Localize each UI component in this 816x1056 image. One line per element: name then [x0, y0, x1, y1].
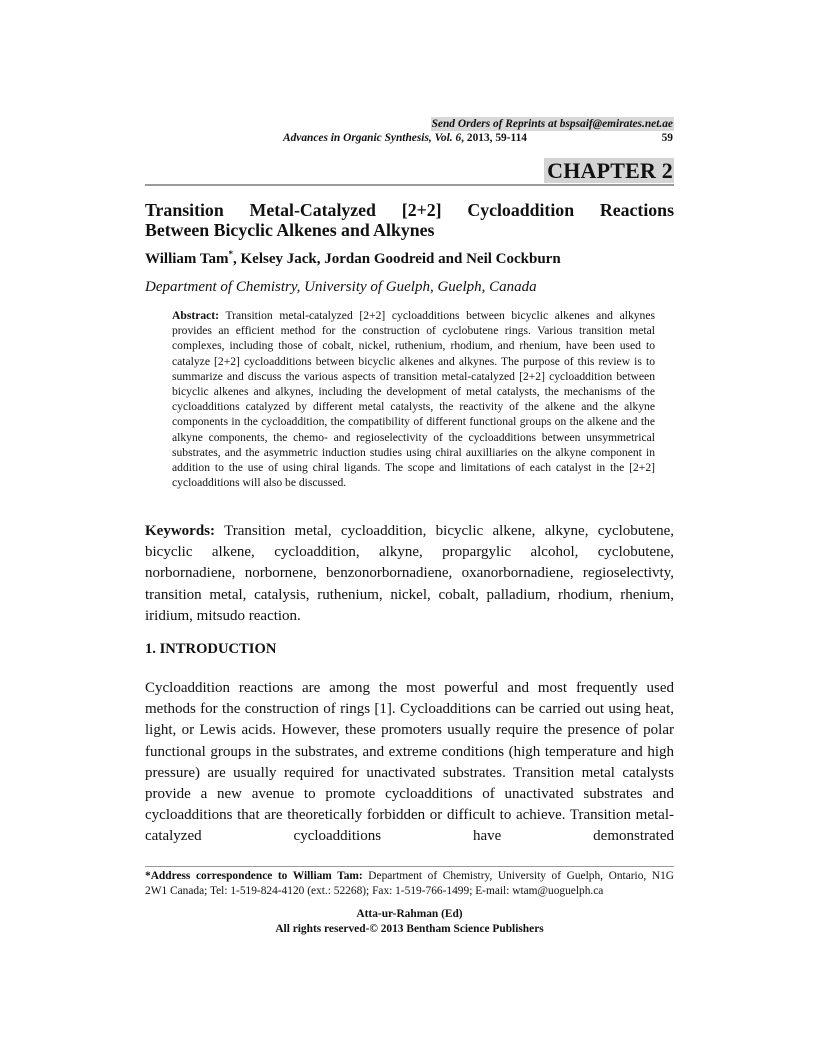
article-title: Transition Metal-Catalyzed [2+2] Cycload…	[145, 200, 674, 240]
chapter-label: CHAPTER 2	[544, 158, 674, 183]
abstract-label: Abstract:	[172, 309, 219, 322]
correspondence-footnote: *Address correspondence to William Tam: …	[145, 869, 674, 899]
section-heading-introduction: 1. INTRODUCTION	[145, 640, 276, 658]
introduction-paragraph: Cycloaddition reactions are among the mo…	[145, 678, 674, 848]
abstract-text: Transition metal-catalyzed [2+2] cycload…	[172, 309, 655, 489]
editor-credit: Atta-ur-Rahman (Ed)	[145, 907, 674, 922]
article-title-line2: Between Bicyclic Alkenes and Alkynes	[145, 220, 434, 240]
publisher-block: Atta-ur-Rahman (Ed) All rights reserved-…	[145, 907, 674, 936]
footnote-label: *Address correspondence to William Tam:	[145, 870, 363, 882]
copyright-notice: All rights reserved-© 2013 Bentham Scien…	[145, 922, 674, 937]
keywords-text: Transition metal, cycloaddition, bicycli…	[145, 523, 674, 624]
keywords-label: Keywords:	[145, 523, 215, 539]
footnote-contact: 2W1 Canada; Tel: 1-519-824-4120 (ext.: 5…	[145, 885, 603, 897]
abstract: Abstract: Transition metal-catalyzed [2+…	[172, 308, 655, 490]
journal-name: Advances in Organic Synthesis, Vol. 6	[283, 132, 461, 144]
keywords: Keywords: Transition metal, cycloadditio…	[145, 521, 674, 627]
corresponding-author: William Tam	[145, 251, 229, 267]
header-divider	[145, 184, 674, 186]
affiliation: Department of Chemistry, University of G…	[145, 278, 537, 296]
page-number: 59	[662, 131, 673, 145]
co-authors: , Kelsey Jack, Jordan Goodreid and Neil …	[233, 251, 561, 267]
reprint-notice: Send Orders of Reprints at bspsaif@emira…	[431, 117, 674, 131]
author-list: William Tam*, Kelsey Jack, Jordan Goodre…	[145, 250, 561, 268]
journal-year-pages: , 2013, 59-114	[461, 132, 527, 144]
footnote-address: Department of Chemistry, University of G…	[363, 870, 674, 882]
journal-citation: Advances in Organic Synthesis, Vol. 6, 2…	[283, 131, 527, 145]
footnote-divider	[145, 866, 674, 867]
footnote-line1: *Address correspondence to William Tam: …	[145, 869, 674, 884]
article-title-line1: Transition Metal-Catalyzed [2+2] Cycload…	[145, 200, 674, 220]
